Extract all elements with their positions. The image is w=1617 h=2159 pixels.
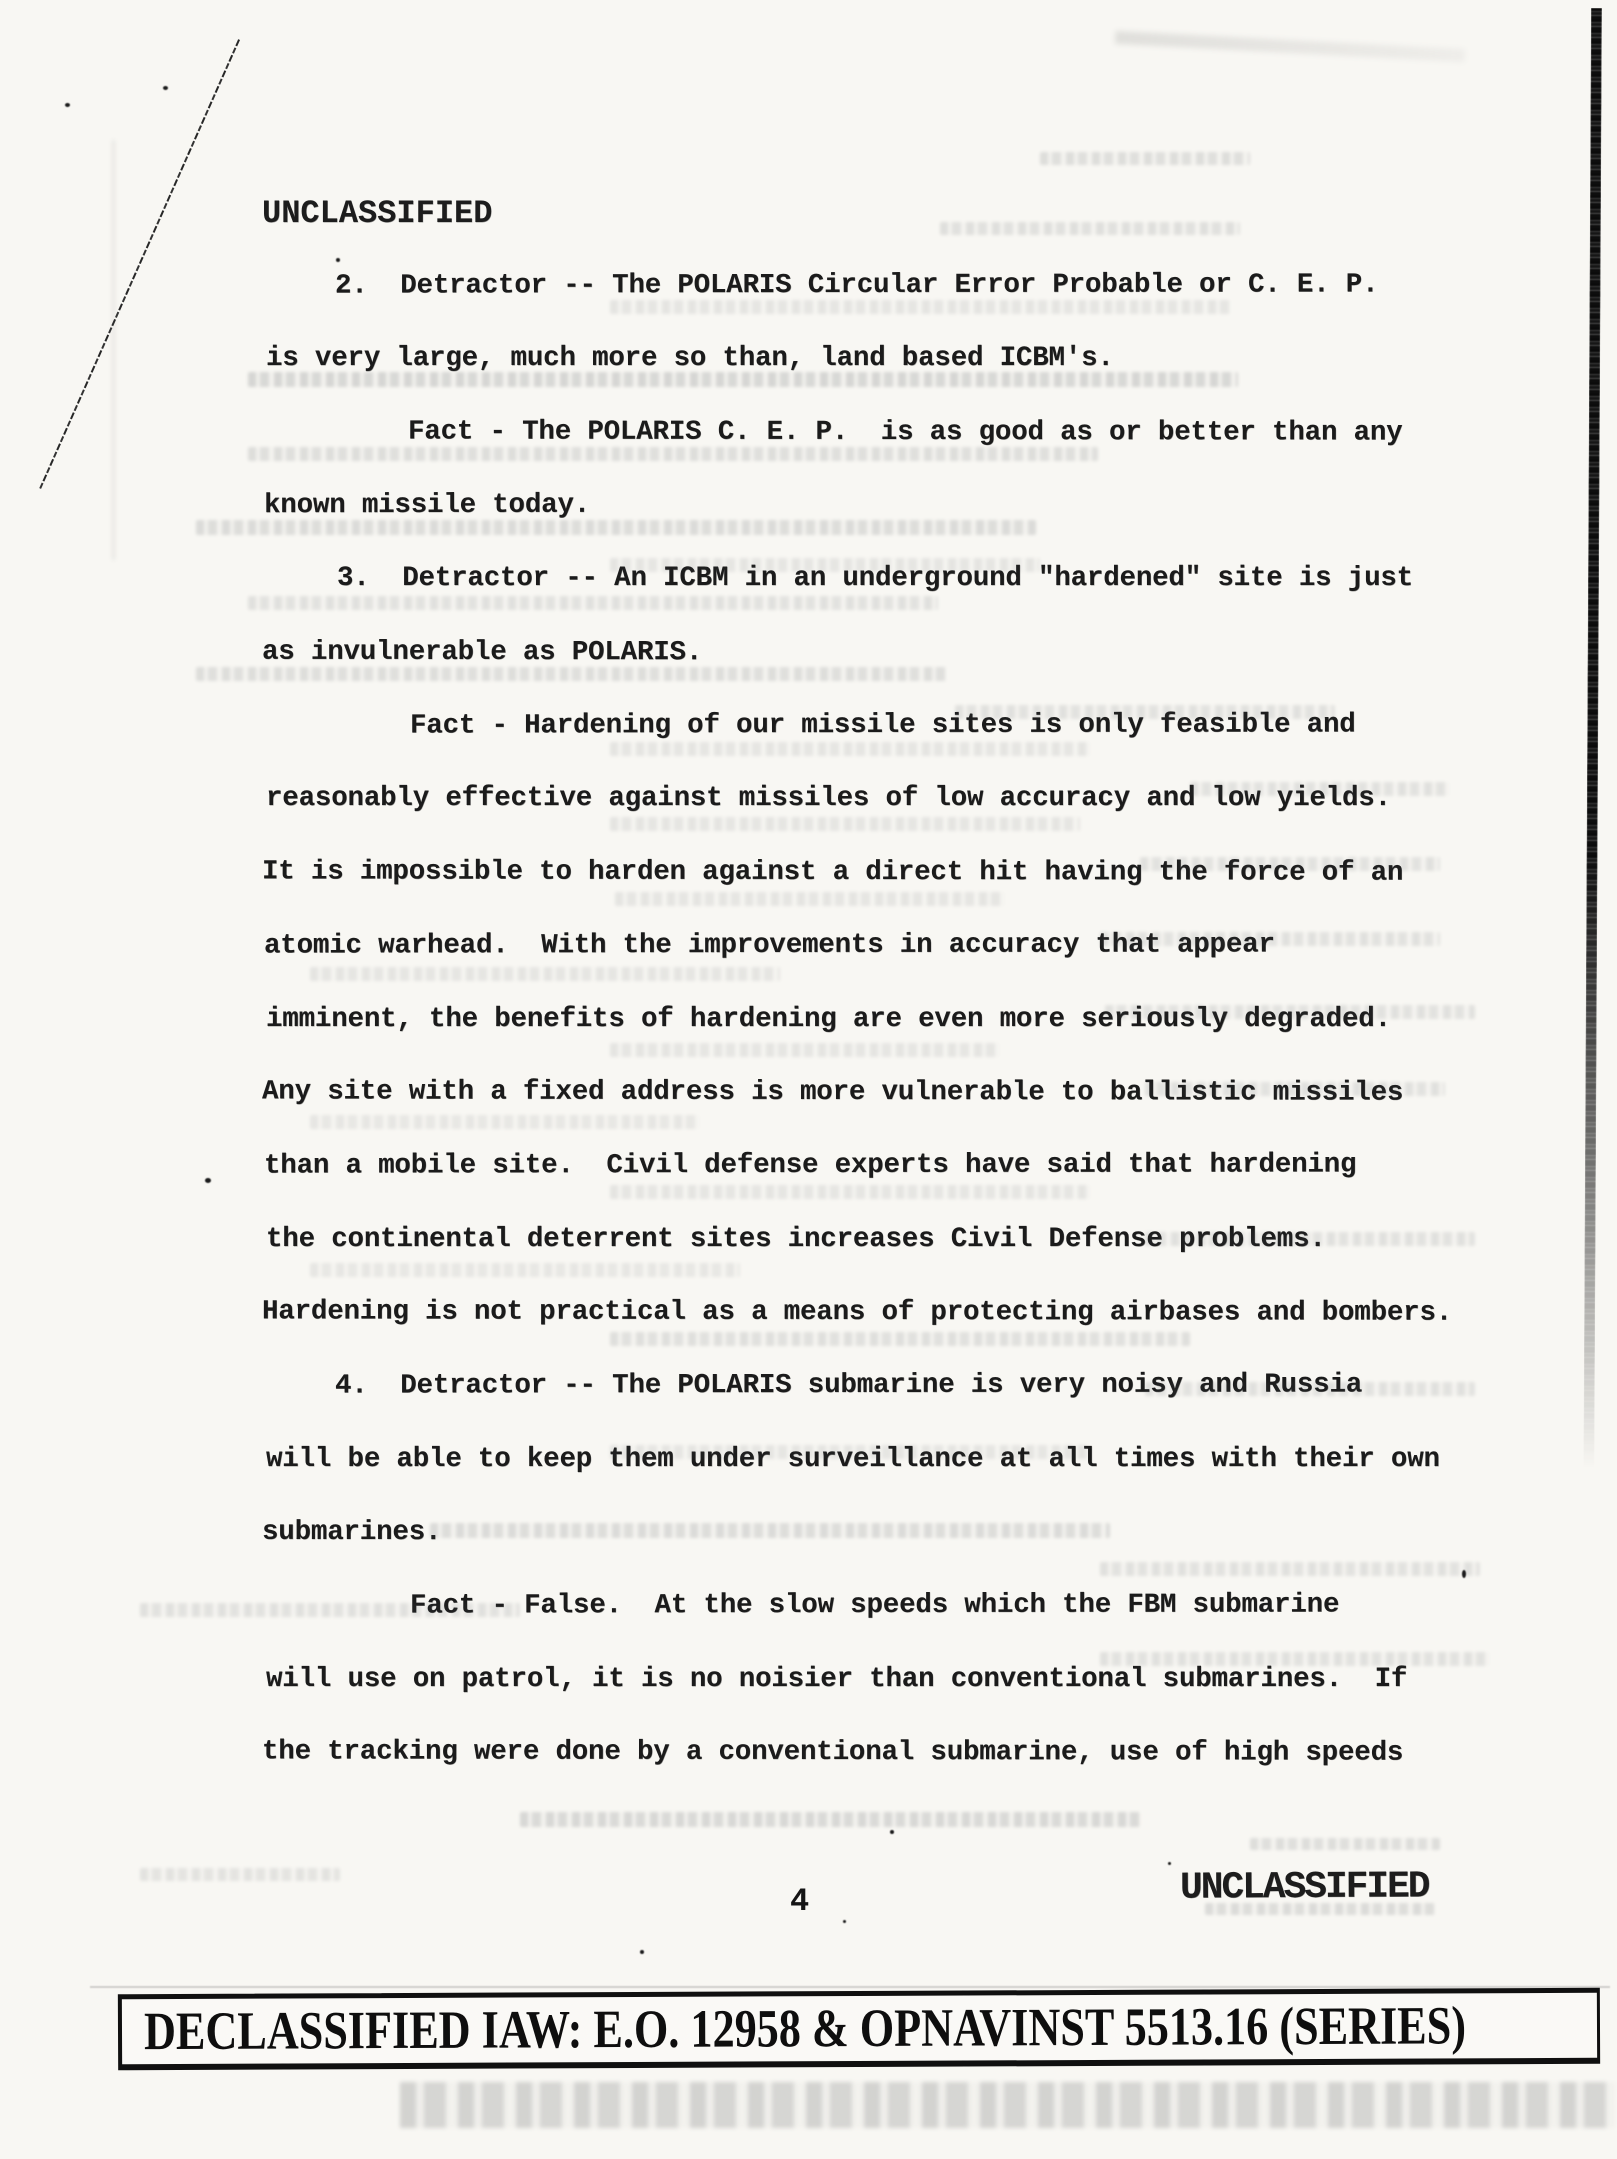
typed-line: Fact - False. At the slow speeds which t…	[410, 1590, 1339, 1623]
scan-speck	[640, 1950, 644, 1954]
ghost-text-line	[520, 1812, 1140, 1827]
ghost-text-line	[196, 667, 946, 681]
declassification-stamp: DECLASSIFIED IAW: E.O. 12958 & OPNAVINST…	[118, 1988, 1600, 2070]
typed-line: will use on patrol, it is no noisier tha…	[266, 1664, 1407, 1696]
ghost-text-line	[248, 596, 938, 610]
scanner-streak-artifact	[112, 140, 115, 560]
ghost-text-line	[1145, 1082, 1445, 1096]
ghost-text-line	[940, 222, 1240, 235]
ghost-text-line	[610, 558, 1040, 572]
ghost-text-line	[610, 1332, 1190, 1346]
page-crease-artifact	[39, 39, 240, 490]
ghost-text-line	[615, 892, 1005, 906]
typed-line: the tracking were done by a conventional…	[262, 1736, 1403, 1769]
stamp-bleed-through-artifact	[400, 2082, 1615, 2128]
ghost-text-line	[196, 520, 1036, 535]
ghost-text-line	[248, 372, 1238, 387]
page-number: 4	[790, 1886, 809, 1918]
typed-line: known missile today.	[264, 490, 590, 522]
ghost-text-line	[610, 300, 1230, 314]
ghost-text-line	[1145, 1382, 1475, 1396]
typed-line: as invulnerable as POLARIS.	[262, 637, 702, 669]
scan-speck	[205, 1178, 211, 1183]
typed-line: submarines.	[262, 1517, 441, 1549]
footer-classification-marking: UNCLASSIFIED	[1180, 1868, 1429, 1907]
ghost-text-line	[1100, 1652, 1490, 1666]
ghost-text-line	[1100, 932, 1440, 946]
stamp-hairline-artifact	[90, 1986, 1610, 1988]
ghost-text-line	[1145, 1232, 1475, 1246]
scan-speck	[336, 258, 340, 262]
ghost-text-line	[610, 742, 1090, 756]
typed-line: Fact - The POLARIS C. E. P. is as good a…	[408, 416, 1403, 449]
stamp-text-svg: DECLASSIFIED IAW: E.O. 12958 & OPNAVINST…	[122, 1993, 1597, 2064]
typed-line: than a mobile site. Civil defense expert…	[264, 1150, 1356, 1183]
ghost-text-line	[1040, 152, 1250, 165]
scan-speck	[65, 103, 70, 107]
scan-speck	[1168, 1862, 1171, 1865]
stamp-text: DECLASSIFIED IAW: E.O. 12958 & OPNAVINST…	[144, 1995, 1466, 2061]
ghost-text-line	[610, 1445, 1090, 1459]
ghost-text-line	[430, 1523, 1110, 1538]
ghost-text-line	[1190, 782, 1450, 796]
ghost-text-line	[310, 1115, 700, 1129]
ghost-text-line	[1140, 857, 1440, 871]
scan-smudge-artifact	[1115, 31, 1465, 62]
page-edge-tear-artifact	[1583, 8, 1602, 1468]
header-classification-marking: UNCLASSIFIED	[262, 198, 492, 230]
ghost-text-line	[310, 1263, 740, 1277]
ghost-text-line	[610, 1043, 1000, 1057]
ghost-text-line	[1100, 1562, 1480, 1576]
scanned-document-page: UNCLASSIFIED 2. Detractor -- The POLARIS…	[0, 0, 1617, 2159]
ghost-text-line	[1250, 1838, 1440, 1850]
scan-speck	[890, 1830, 894, 1834]
ghost-text-line	[310, 967, 780, 981]
typed-line: is very large, much more so than, land b…	[266, 343, 1114, 375]
typed-line: Hardening is not practical as a means of…	[262, 1296, 1452, 1329]
ghost-text-line	[610, 1185, 1090, 1199]
ghost-text-line	[140, 1868, 340, 1881]
scan-speck	[1462, 1570, 1466, 1578]
scan-speck	[163, 86, 168, 90]
scan-speck	[843, 1920, 846, 1923]
ghost-text-line	[1105, 1005, 1475, 1019]
ghost-text-line	[955, 705, 1335, 719]
ghost-text-line	[140, 1603, 520, 1617]
ghost-text-line	[248, 447, 1098, 461]
ghost-text-line	[610, 817, 1080, 831]
typed-line: 2. Detractor -- The POLARIS Circular Err…	[335, 269, 1378, 302]
